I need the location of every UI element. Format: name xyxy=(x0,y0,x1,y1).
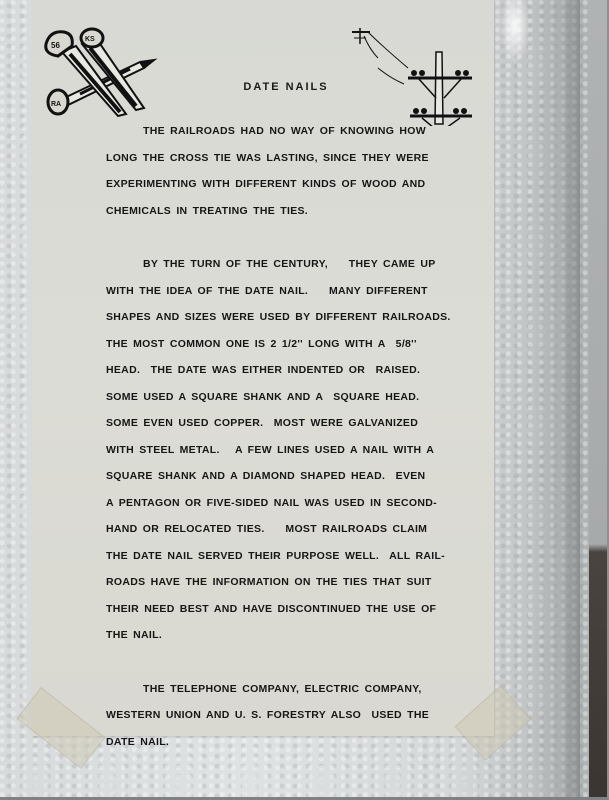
paragraph-gap xyxy=(106,649,476,676)
text-line: ROADS HAVE THE INFORMATION ON THE TIES T… xyxy=(106,569,476,596)
svg-text:KS: KS xyxy=(85,36,95,43)
door-frame xyxy=(589,0,609,800)
date-nails-sign: RA 56 KS xyxy=(32,0,494,736)
text-line: THEIR NEED BEST AND HAVE DISCONTINUED TH… xyxy=(106,596,476,623)
svg-text:RA: RA xyxy=(51,101,61,108)
crossed-date-nails-icon: RA 56 KS xyxy=(40,22,160,117)
text-line: SHAPES AND SIZES WERE USED BY DIFFERENT … xyxy=(106,304,476,331)
text-line: A PENTAGON OR FIVE-SIDED NAIL WAS USED I… xyxy=(106,490,476,517)
text-line: THE MOST COMMON ONE IS 2 1/2'' LONG WITH… xyxy=(106,331,476,358)
sign-title: DATE NAILS xyxy=(32,81,494,93)
sign-body: THE RAILROADS HAD NO WAY OF KNOWING HOW … xyxy=(106,118,476,755)
text-line: SQUARE SHANK AND A DIAMOND SHAPED HEAD. … xyxy=(106,463,476,490)
text-line: SOME EVEN USED COPPER. MOST WERE GALVANI… xyxy=(106,410,476,437)
text-line: EXPERIMENTING WITH DIFFERENT KINDS OF WO… xyxy=(106,171,476,198)
text-line: THE RAILROADS HAD NO WAY OF KNOWING HOW xyxy=(106,118,476,145)
paragraph-gap xyxy=(106,224,476,251)
text-line: THE TELEPHONE COMPANY, ELECTRIC COMPANY, xyxy=(106,676,476,703)
paragraph-1: THE RAILROADS HAD NO WAY OF KNOWING HOW … xyxy=(106,118,476,224)
light-glare xyxy=(500,0,530,65)
text-line: DATE NAIL. xyxy=(106,729,476,756)
telephone-pole-icon xyxy=(352,16,492,126)
text-line: THE DATE NAIL SERVED THEIR PURPOSE WELL.… xyxy=(106,543,476,570)
text-line: WITH THE IDEA OF THE DATE NAIL. MANY DIF… xyxy=(106,278,476,305)
text-line: LONG THE CROSS TIE WAS LASTING, SINCE TH… xyxy=(106,145,476,172)
text-line: CHEMICALS IN TREATING THE TIES. xyxy=(106,198,476,225)
wall-corner-shadow xyxy=(530,0,580,800)
paragraph-3: THE TELEPHONE COMPANY, ELECTRIC COMPANY,… xyxy=(106,676,476,756)
text-line: THE NAIL. xyxy=(106,622,476,649)
text-line: SOME USED A SQUARE SHANK AND A SQUARE HE… xyxy=(106,384,476,411)
text-line: BY THE TURN OF THE CENTURY, THEY CAME UP xyxy=(106,251,476,278)
text-line: WITH STEEL METAL. A FEW LINES USED A NAI… xyxy=(106,437,476,464)
photo: RA 56 KS xyxy=(0,0,609,800)
text-line: WESTERN UNION AND U. S. FORESTRY ALSO US… xyxy=(106,702,476,729)
paragraph-2: BY THE TURN OF THE CENTURY, THEY CAME UP… xyxy=(106,251,476,649)
text-line: HEAD. THE DATE WAS EITHER INDENTED OR RA… xyxy=(106,357,476,384)
text-line: HAND OR RELOCATED TIES. MOST RAILROADS C… xyxy=(106,516,476,543)
svg-text:56: 56 xyxy=(51,41,60,50)
